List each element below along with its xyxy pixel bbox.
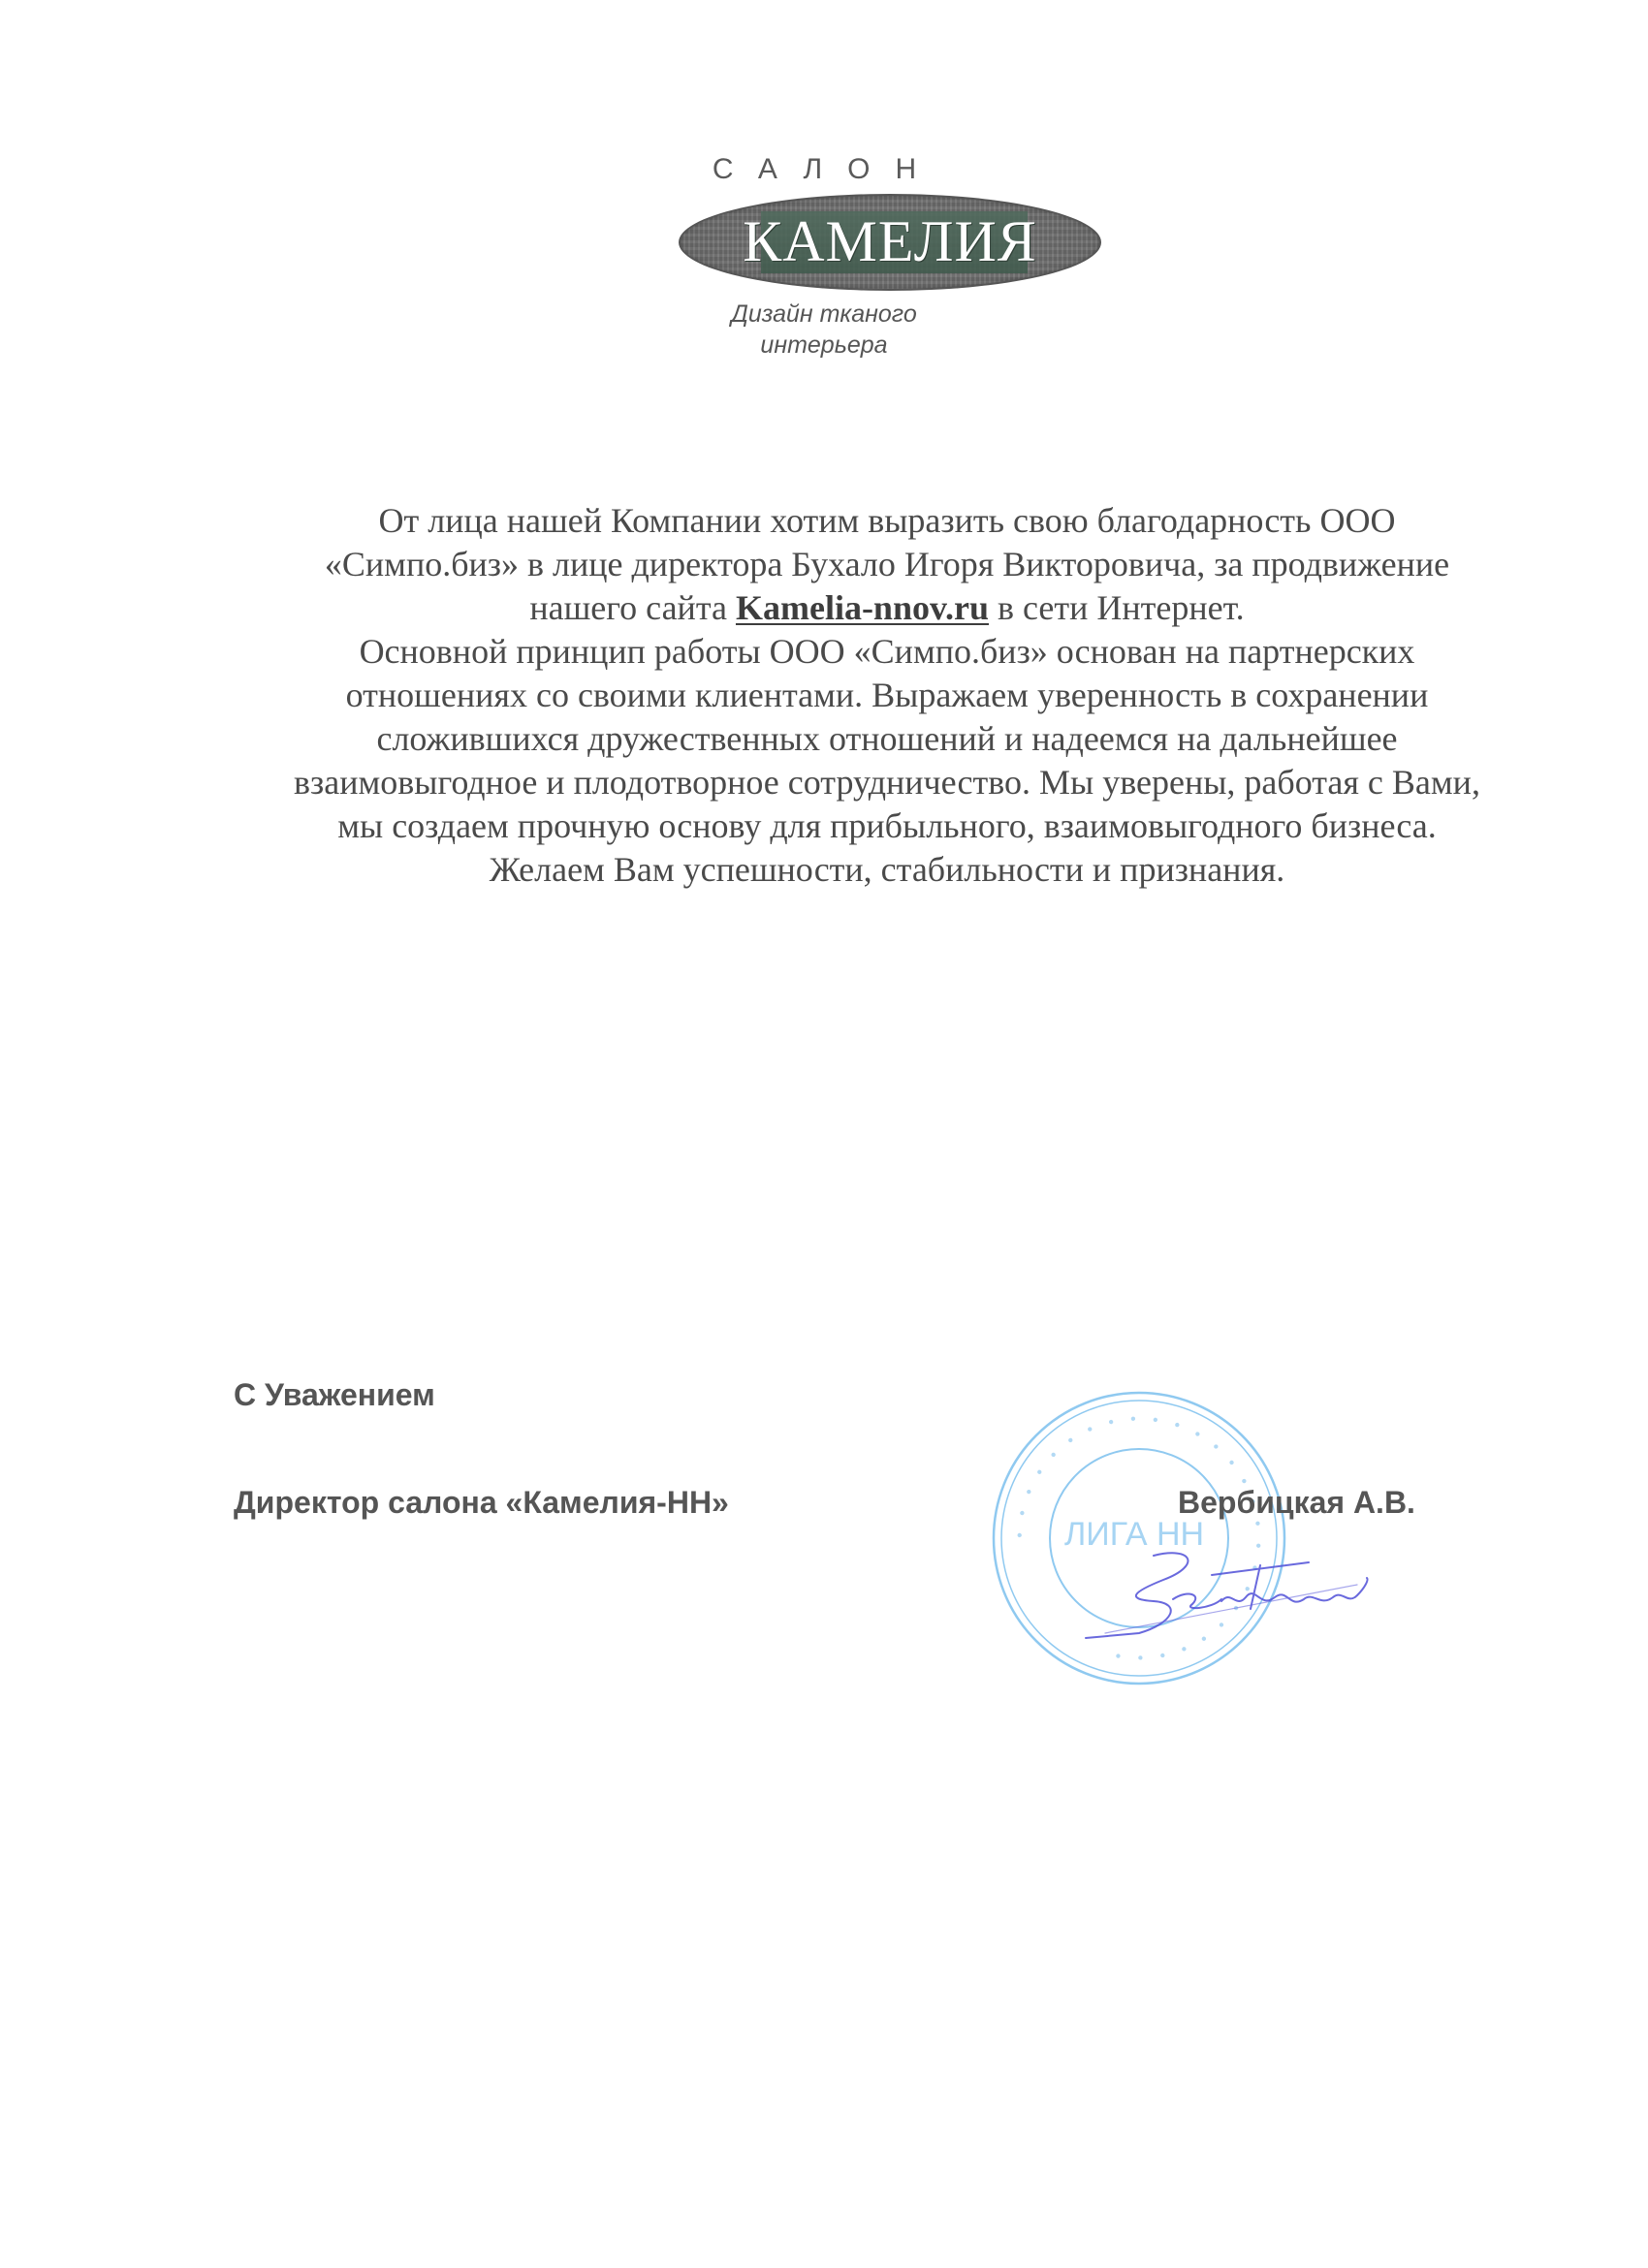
body-line: От лица нашей Компании хотим выразить св… [145, 499, 1629, 543]
letter-body: От лица нашей Компании хотим выразить св… [145, 499, 1629, 892]
salon-label: САЛОН [0, 153, 1648, 186]
brand-name: КАМЕЛИЯ [679, 209, 1101, 273]
body-line: Основной принцип работы ООО «Симпо.биз» … [145, 630, 1629, 674]
tagline-line-1: Дизайн тканого [0, 299, 1648, 330]
signer-name: Вербицкая А.В. [1178, 1485, 1415, 1520]
handwritten-signature-icon [1066, 1541, 1386, 1648]
closing-salutation: С Уважением [234, 1377, 435, 1412]
signer-position: Директор салона «Камелия-НН» [234, 1485, 729, 1520]
body-text: в сети Интернет. [989, 588, 1245, 627]
body-line: взаимовыгодное и плодотворное сотрудниче… [145, 761, 1629, 804]
body-line-with-link: нашего сайта Kamelia-nnov.ru в сети Инте… [145, 586, 1629, 630]
body-line: отношениях со своими клиентами. Выражаем… [145, 674, 1629, 717]
body-line: мы создаем прочную основу для прибыльног… [145, 804, 1629, 848]
website-link[interactable]: Kamelia-nnov.ru [736, 588, 989, 627]
body-line: сложившихся дружественных отношений и на… [145, 717, 1629, 761]
body-text: нашего сайта [529, 588, 736, 627]
tagline: Дизайн тканого интерьера [0, 299, 1648, 361]
body-line: Желаем Вам успешности, стабильности и пр… [145, 848, 1629, 892]
body-line: «Симпо.биз» в лице директора Бухало Игор… [145, 543, 1629, 586]
tagline-line-2: интерьера [0, 330, 1648, 361]
